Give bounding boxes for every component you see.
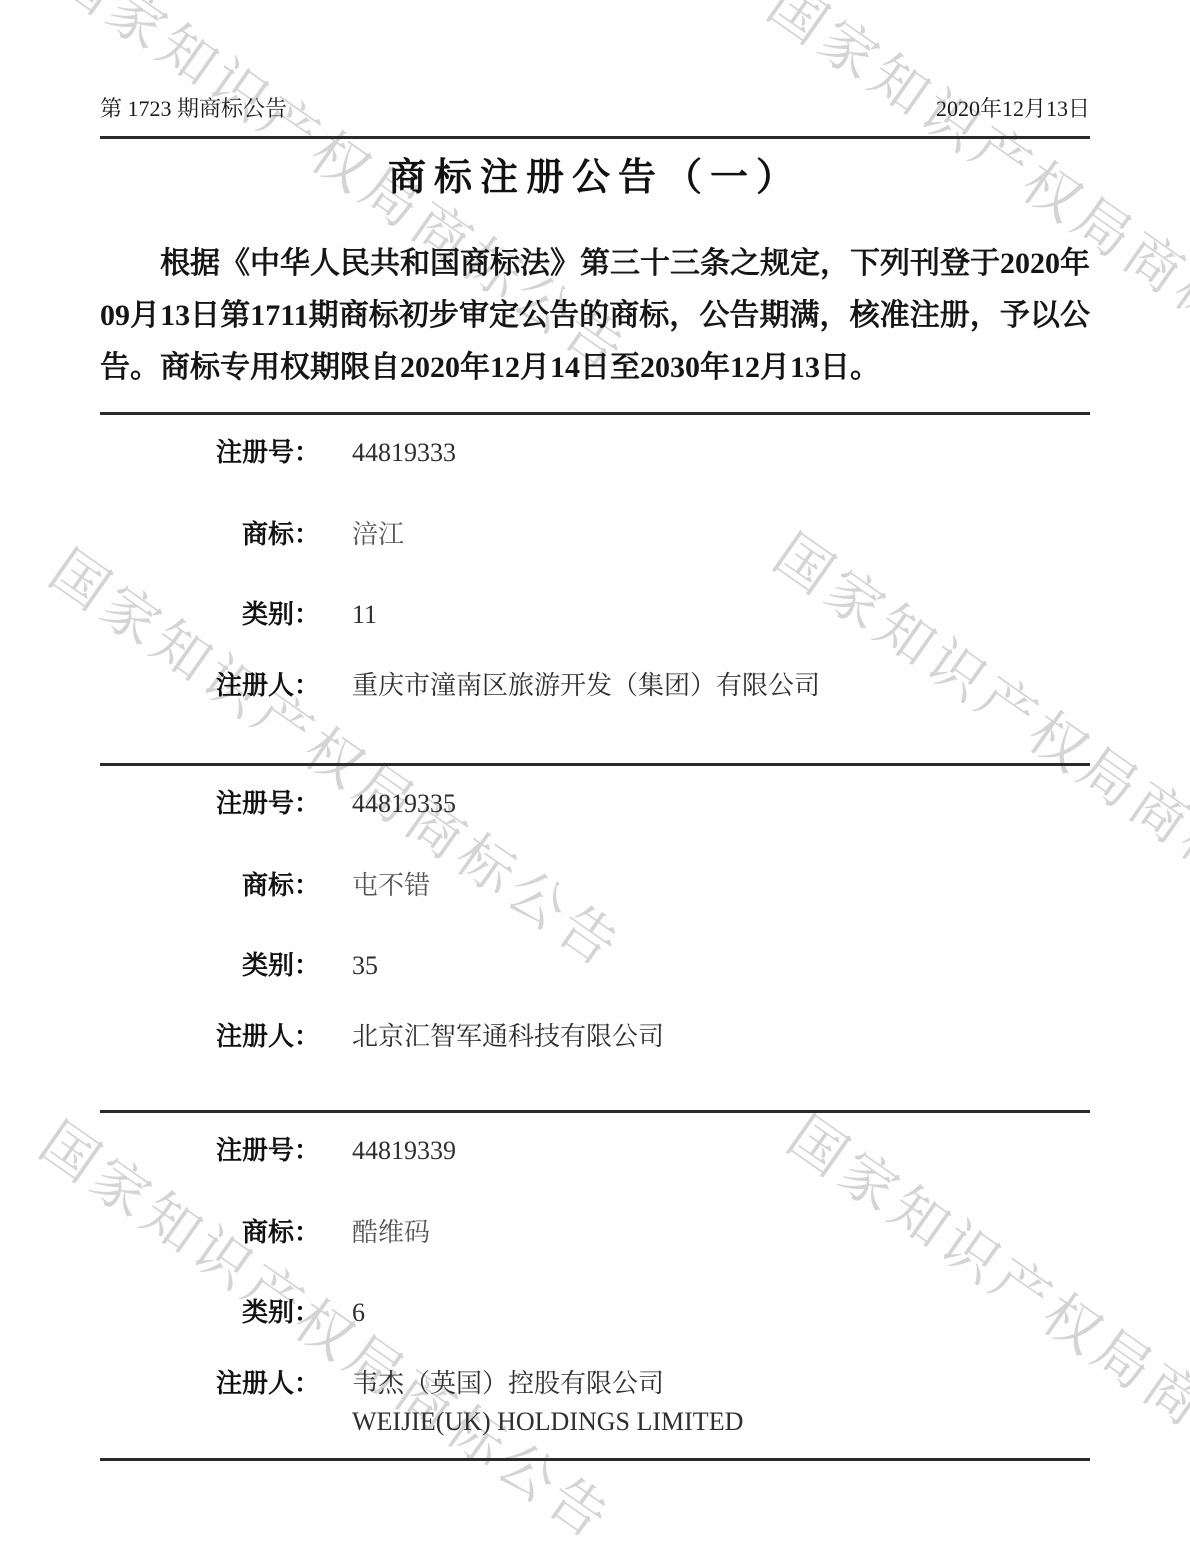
header-rule xyxy=(100,136,1090,139)
trademark-label: 商标： xyxy=(100,869,320,903)
trademark-label: 商标： xyxy=(100,518,320,552)
trademark-row: 商标： 涪江 xyxy=(100,518,1090,552)
trademark-entry: 注册号： 44819335 商标： 屯不错 类别： 35 注册人： 北京汇智军通… xyxy=(100,763,1090,1113)
class-value: 6 xyxy=(352,1296,365,1330)
separator-line xyxy=(100,763,1090,766)
class-row: 类别： 11 xyxy=(100,598,1090,632)
class-label: 类别： xyxy=(100,949,320,983)
bottom-rule xyxy=(100,1458,1090,1461)
class-label: 类别： xyxy=(100,1296,320,1330)
separator-line xyxy=(100,1110,1090,1113)
registrant-label: 注册人： xyxy=(100,1020,320,1054)
registrant-value: 北京汇智军通科技有限公司 xyxy=(352,1020,664,1054)
document-page: 国家知识产权局商标公告 国家知识产权局商标公告 国家知识产权局商标公告 国家知识… xyxy=(0,0,1190,1564)
reg-no-label: 注册号： xyxy=(100,1134,320,1168)
separator-line xyxy=(100,412,1090,415)
page-title: 商标注册公告（一） xyxy=(0,146,1190,201)
trademark-value: 涪江 xyxy=(352,518,404,552)
trademark-label: 商标： xyxy=(100,1216,320,1250)
registrant-row: 注册人： 韦杰（英国）控股有限公司 xyxy=(100,1367,1090,1401)
reg-no-row: 注册号： 44819333 xyxy=(100,436,1090,470)
issue-number: 第 1723 期商标公告 xyxy=(100,92,287,123)
registrant-en-value: WEIJIE(UK) HOLDINGS LIMITED xyxy=(352,1405,743,1439)
registrant-row: 注册人： 重庆市潼南区旅游开发（集团）有限公司 xyxy=(100,669,1090,703)
registrant-row: 注册人： 北京汇智军通科技有限公司 xyxy=(100,1020,1090,1054)
trademark-entry: 注册号： 44819339 商标： 酷维码 类别： 6 注册人： 韦杰（英国）控… xyxy=(100,1110,1090,1458)
class-value: 11 xyxy=(352,598,377,632)
header-date: 2020年12月13日 xyxy=(936,92,1090,123)
registrant-value: 重庆市潼南区旅游开发（集团）有限公司 xyxy=(352,669,820,703)
intro-paragraph: 根据《中华人民共和国商标法》第三十三条之规定，下列刊登于2020年09月13日第… xyxy=(100,238,1090,394)
reg-no-label: 注册号： xyxy=(100,787,320,821)
class-label: 类别： xyxy=(100,598,320,632)
reg-no-value: 44819339 xyxy=(352,1134,456,1168)
trademark-value: 酷维码 xyxy=(352,1216,430,1250)
reg-no-row: 注册号： 44819335 xyxy=(100,787,1090,821)
class-value: 35 xyxy=(352,949,378,983)
trademark-row: 商标： 酷维码 xyxy=(100,1216,1090,1250)
trademark-value: 屯不错 xyxy=(352,869,430,903)
page-header: 第 1723 期商标公告 2020年12月13日 xyxy=(100,92,1090,123)
class-row: 类别： 35 xyxy=(100,949,1090,983)
registrant-value: 韦杰（英国）控股有限公司 xyxy=(352,1367,664,1401)
trademark-entry: 注册号： 44819333 商标： 涪江 类别： 11 注册人： 重庆市潼南区旅… xyxy=(100,412,1090,762)
class-row: 类别： 6 xyxy=(100,1296,1090,1330)
reg-no-value: 44819333 xyxy=(352,436,456,470)
page-content: 第 1723 期商标公告 2020年12月13日 商标注册公告（一） 根据《中华… xyxy=(0,0,1190,1564)
reg-no-label: 注册号： xyxy=(100,436,320,470)
registrant-label: 注册人： xyxy=(100,1367,320,1401)
registrant-label: 注册人： xyxy=(100,669,320,703)
reg-no-value: 44819335 xyxy=(352,787,456,821)
reg-no-row: 注册号： 44819339 xyxy=(100,1134,1090,1168)
trademark-row: 商标： 屯不错 xyxy=(100,869,1090,903)
